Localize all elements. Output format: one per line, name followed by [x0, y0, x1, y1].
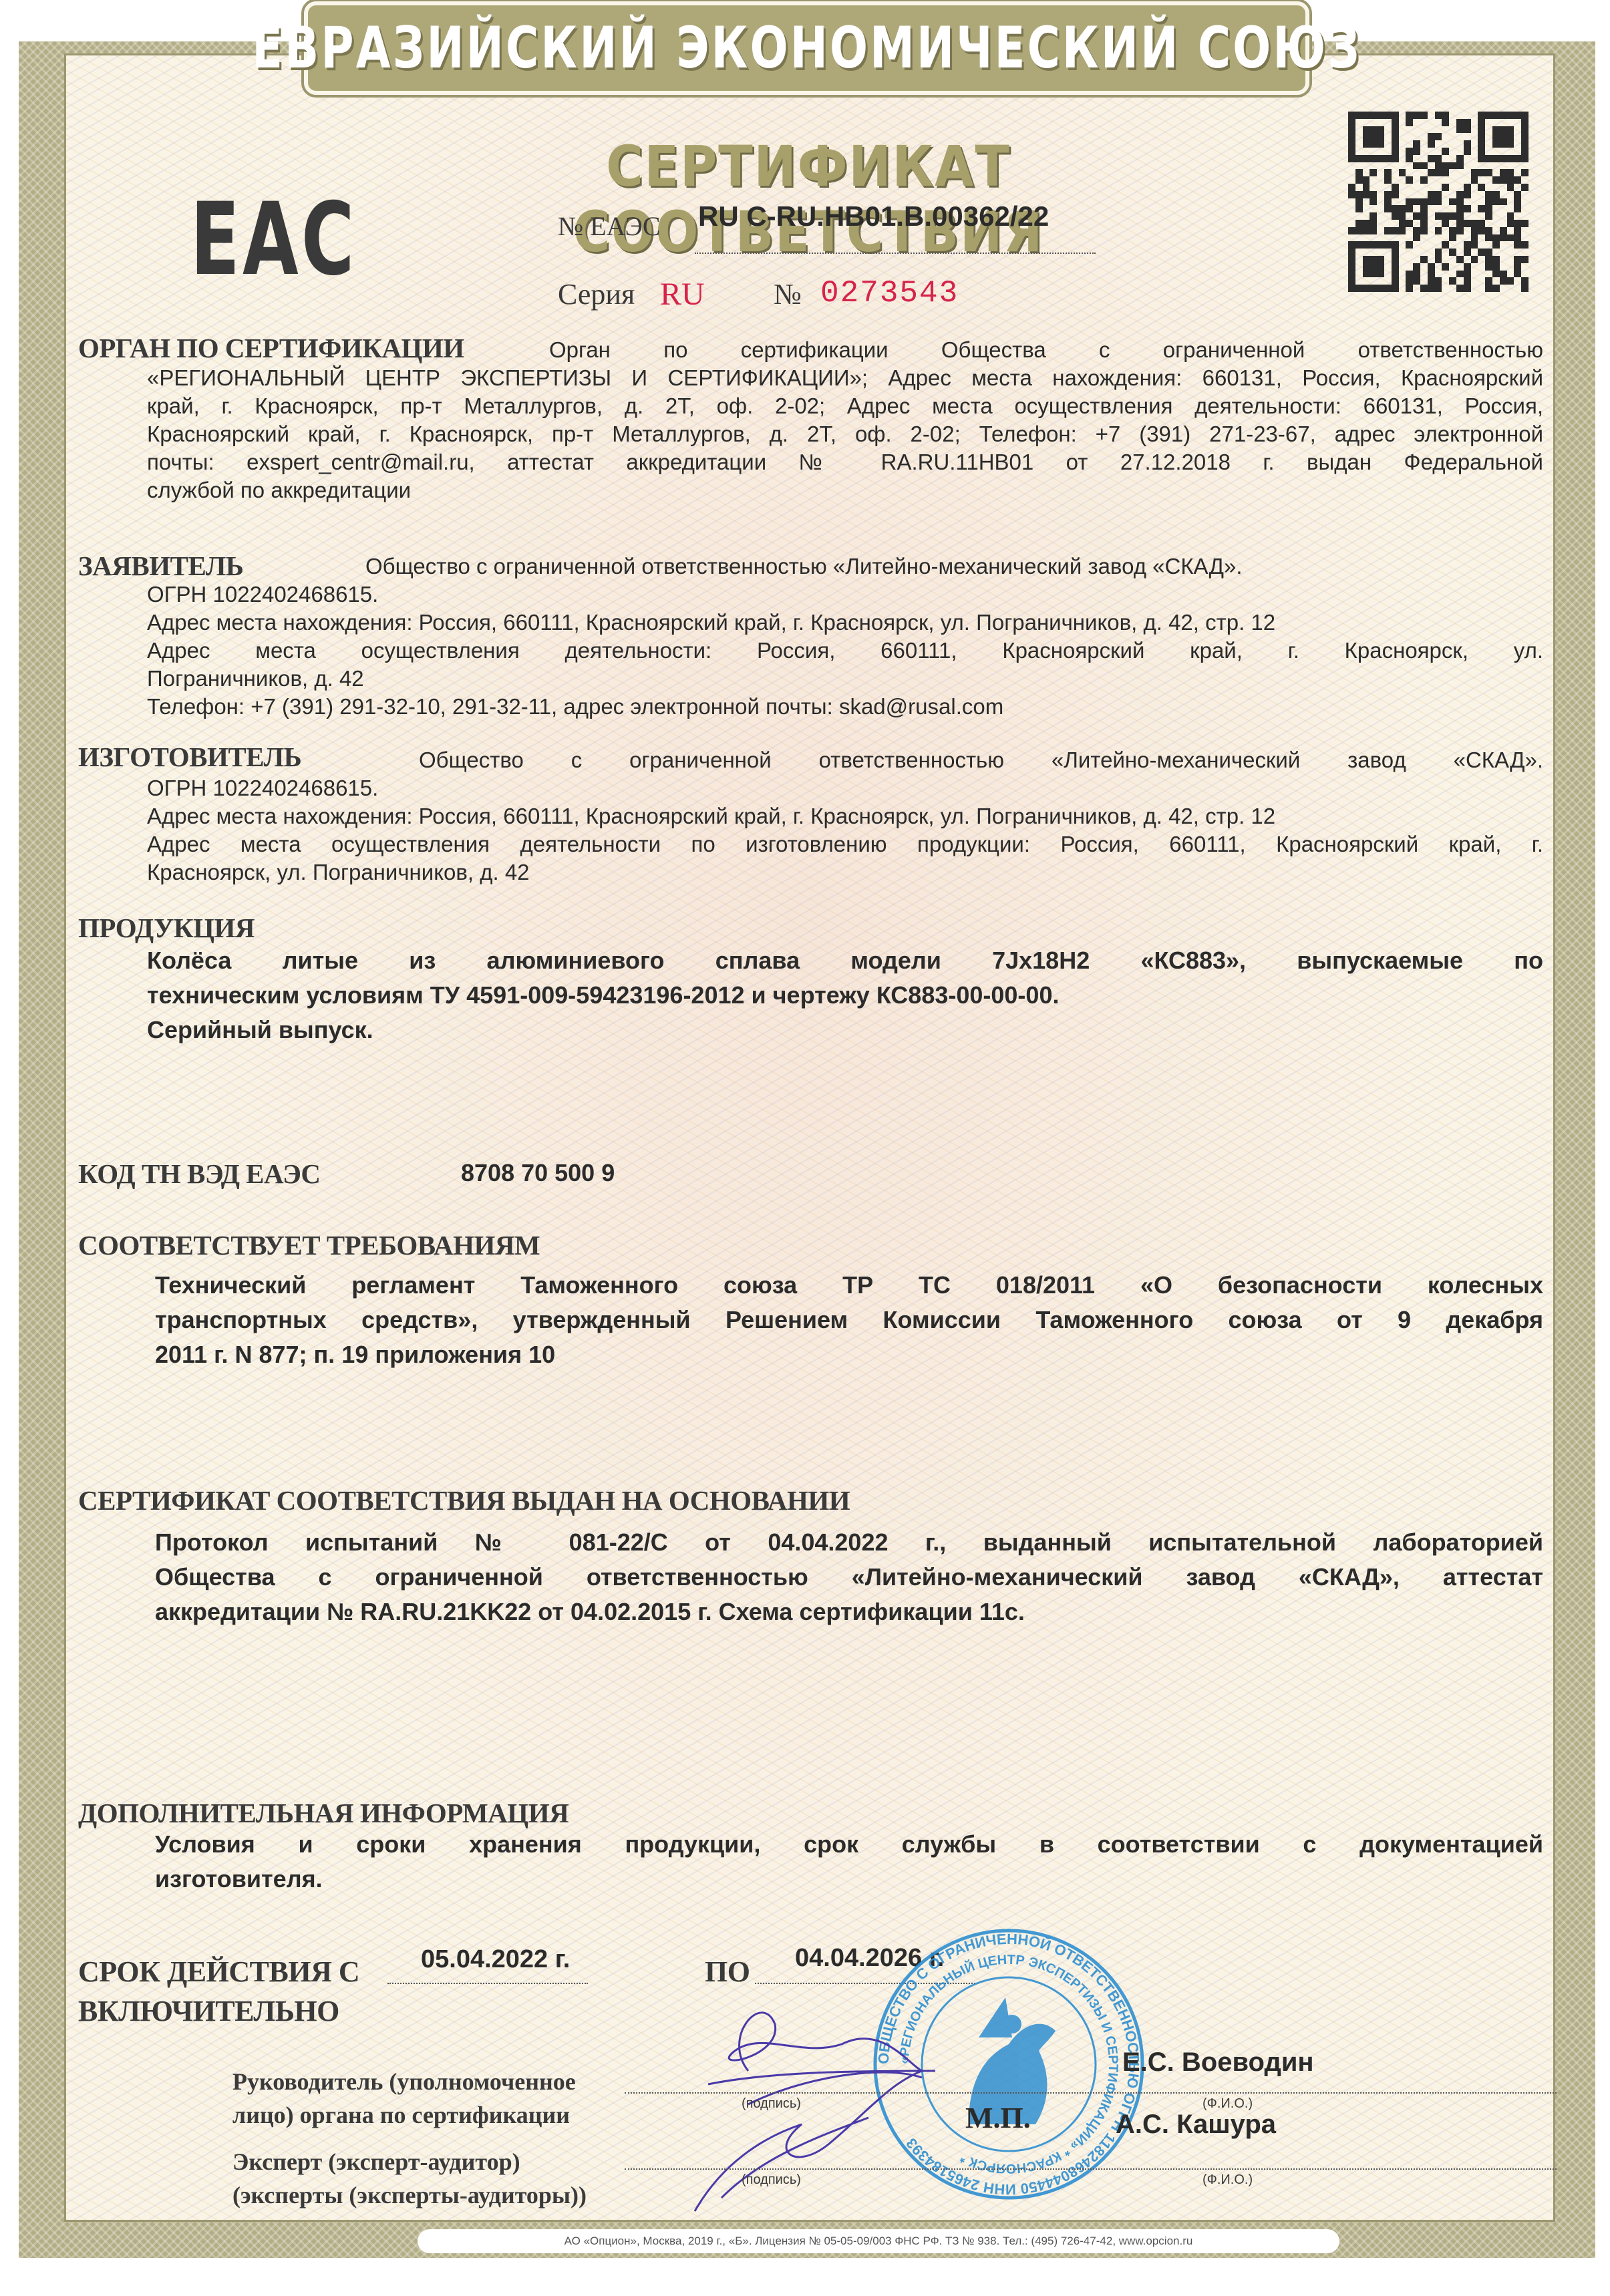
head-signature-caption: (подпись): [742, 2096, 801, 2112]
applicant-text: Общество с ограниченной ответственностью…: [78, 552, 1543, 721]
additional-info-text: Условия и сроки хранения продукции, срок…: [155, 1827, 1543, 1897]
expert-label-line1: Эксперт (эксперт-аудитор): [232, 2146, 520, 2178]
certificate-title: СЕРТИФИКАТ СООТВЕТСТВИЯ: [478, 134, 1139, 265]
heading-basis: СЕРТИФИКАТ СООТВЕТСТВИЯ ВЫДАН НА ОСНОВАН…: [78, 1484, 850, 1516]
qr-code-icon[interactable]: [1348, 112, 1528, 292]
heading-product: ПРОДУКЦИЯ: [78, 912, 255, 944]
date-from-line: [387, 1983, 588, 1984]
head-name: Е.С. Воеводин: [1122, 2047, 1314, 2078]
manufacturer-text: Общество с ограниченной ответственностью…: [78, 746, 1543, 886]
certification-body-text: Орган по сертификации Общества с огранич…: [78, 336, 1543, 504]
reg-number-label: № ЕАЭС: [558, 210, 661, 242]
product-text: Колёса литые из алюминиевого сплава моде…: [147, 943, 1543, 1047]
validity-to-label: ПО: [705, 1955, 750, 1989]
basis-text: Протокол испытаний № 081-22/С от 04.04.2…: [155, 1525, 1543, 1629]
hs-code-value: 8708 70 500 9: [461, 1156, 615, 1190]
seal-label: М.П.: [965, 2101, 1031, 2135]
heading-hs-code: КОД ТН ВЭД ЕАЭС: [78, 1158, 321, 1190]
union-banner: ЕВРАЗИЙСКИЙ ЭКОНОМИЧЕСКИЙ СОЮЗ: [304, 1, 1309, 95]
expert-name-caption: (Ф.И.О.): [1202, 2172, 1253, 2188]
blank-number-label: №: [774, 277, 802, 311]
series-value: RU: [660, 276, 705, 313]
reg-number-underline: [695, 253, 1096, 254]
heading-additional-info: ДОПОЛНИТЕЛЬНАЯ ИНФОРМАЦИЯ: [78, 1797, 569, 1829]
expert-signature-caption: (подпись): [742, 2172, 801, 2188]
blank-number: 0273543: [820, 276, 959, 311]
expert-signature-line: [625, 2168, 1557, 2170]
validity-from-date: 05.04.2022 г.: [421, 1945, 570, 1974]
signature-head-icon: [668, 1997, 969, 2218]
union-title: ЕВРАЗИЙСКИЙ ЭКОНОМИЧЕСКИЙ СОЮЗ: [252, 15, 1361, 81]
requirements-text: Технический регламент Таможенного союза …: [155, 1268, 1543, 1372]
expert-label-line2: (эксперты (эксперты-аудиторы)): [232, 2179, 587, 2211]
reg-number: RU C-RU.HB01.B.00362/22: [698, 200, 1049, 232]
eac-logo-icon: EAC: [190, 182, 357, 298]
head-label-line2: лицо) органа по сертификации: [232, 2099, 570, 2131]
printer-imprint: АО «Опцион», Москва, 2019 г., «Б». Лицен…: [418, 2229, 1339, 2253]
validity-inclusive-label: ВКЛЮЧИТЕЛЬНО: [78, 1994, 339, 2028]
head-signature-line: [625, 2092, 1557, 2094]
head-label-line1: Руководитель (уполномоченное: [232, 2066, 576, 2098]
expert-name: А.С. Кашура: [1116, 2110, 1276, 2140]
validity-from-label: СРОК ДЕЙСТВИЯ С: [78, 1955, 359, 1989]
heading-requirements: СООТВЕТСТВУЕТ ТРЕБОВАНИЯМ: [78, 1229, 540, 1261]
series-label: Серия: [558, 277, 635, 311]
